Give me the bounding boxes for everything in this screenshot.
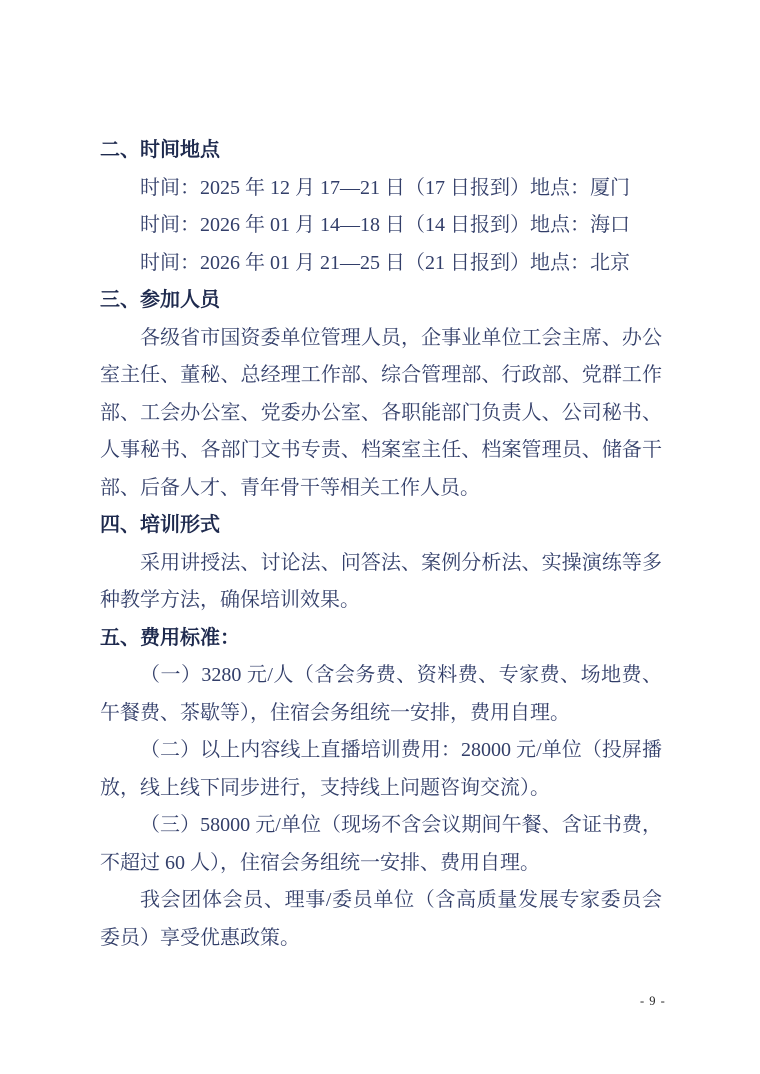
fee-item-3: （三）58000 元/单位（现场不含会议期间午餐、含证书费，不超过 60 人），… [100, 807, 662, 882]
schedule-line-xiamen: 时间：2025 年 12 月 17—21 日（17 日报到）地点：厦门 [100, 170, 662, 208]
participants-paragraph: 各级省市国资委单位管理人员，企事业单位工会主席、办公室主任、董秘、总经理工作部、… [100, 320, 662, 508]
schedule-line-beijing: 时间：2026 年 01 月 21—25 日（21 日报到）地点：北京 [100, 245, 662, 283]
section-heading-time-location: 二、时间地点 [100, 132, 662, 170]
schedule-line-haikou: 时间：2026 年 01 月 14—18 日（14 日报到）地点：海口 [100, 207, 662, 245]
document-page: 二、时间地点 时间：2025 年 12 月 17—21 日（17 日报到）地点：… [0, 0, 760, 1074]
section-heading-training-format: 四、培训形式 [100, 507, 662, 545]
section-heading-participants: 三、参加人员 [100, 282, 662, 320]
member-discount-paragraph: 我会团体会员、理事/委员单位（含高质量发展专家委员会委员）享受优惠政策。 [100, 882, 662, 957]
fee-item-1: （一）3280 元/人（含会务费、资料费、专家费、场地费、午餐费、茶歇等），住宿… [100, 657, 662, 732]
page-number: - 9 - [640, 994, 666, 1009]
training-format-paragraph: 采用讲授法、讨论法、问答法、案例分析法、实操演练等多种教学方法，确保培训效果。 [100, 545, 662, 620]
fee-item-2: （二）以上内容线上直播培训费用：28000 元/单位（投屏播放，线上线下同步进行… [100, 732, 662, 807]
document-body: 二、时间地点 时间：2025 年 12 月 17—21 日（17 日报到）地点：… [100, 132, 662, 957]
section-heading-fee-standard: 五、费用标准： [100, 620, 662, 658]
